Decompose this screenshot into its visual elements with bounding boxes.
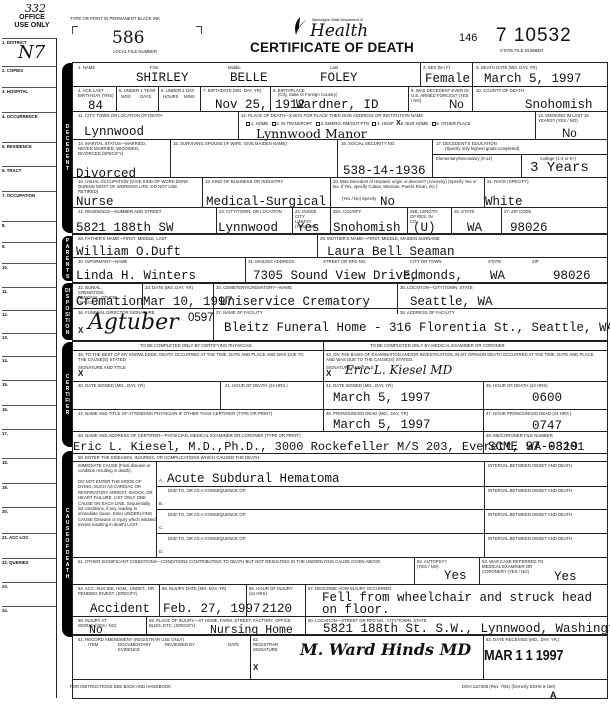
divider (72, 431, 608, 432)
fd-x-mark: X (78, 328, 83, 333)
certificate-title: CERTIFICATE OF DEATH (250, 40, 414, 55)
state-file-prefix: 146 (459, 32, 477, 44)
label-facility: 37. NAME OF FACILITY (216, 310, 263, 315)
referred-to-me: Yes (554, 571, 577, 584)
divider (72, 177, 608, 178)
divider (397, 308, 398, 314)
label-pronounced: 46. PRONOUNCED DEAD (Mo., Day, Yr) (326, 411, 408, 416)
divider (305, 584, 306, 634)
divider (72, 381, 608, 382)
office-row-23: 23. (2, 582, 56, 589)
label-education-hint: (Specify only highest grade completed) (445, 146, 519, 151)
divider (317, 235, 318, 257)
local-file-number: 586 (112, 28, 144, 48)
label-res-county: 25A. COUNTY (333, 209, 361, 214)
divider (156, 486, 608, 487)
office-row-17: 17. (2, 429, 56, 436)
office-row-9: 9. (2, 242, 56, 249)
divider (330, 207, 331, 233)
label-elementary: Elementary/Secondary (0-12) (436, 156, 492, 161)
office-use-label: OFFICE USE ONLY (12, 14, 52, 29)
divider (245, 257, 246, 282)
office-row-acc-loc: 21. ACC LOC (2, 533, 56, 540)
divider (483, 381, 484, 431)
label-me-hour: 45. HOUR OF DEATH (24 Hrs) (486, 383, 548, 388)
divider (72, 584, 608, 585)
label-immediate-cause: IMMEDIATE CAUSE (Final disease or condit… (78, 463, 156, 473)
office-row-19: 19. (2, 483, 56, 490)
label-street: STREET OR RFD NO. (323, 259, 366, 264)
divider (72, 139, 608, 140)
divider (521, 154, 522, 177)
divider (535, 111, 536, 139)
phys-x-mark: X (78, 371, 83, 376)
label-pronounced-hour: 47. HOUR PRONOUNCED DEAD (24 Hrs.) (486, 411, 601, 416)
me-date-signed: March 5, 1997 (333, 392, 431, 405)
health-logo-icon (293, 16, 307, 36)
label-last: Last (330, 65, 338, 70)
label-date-received: 63. DATE RECEIVED (Mo., Day, Yr.) (486, 637, 559, 642)
label-father: 28. FATHER'S NAME—FIRST, MIDDLE, LAST (78, 236, 167, 241)
label-occupation: 18. USUAL OCCUPATION (Give kind of work … (78, 179, 193, 194)
facility-name-address: Bleitz Funeral Home - 316 Florentia St.,… (224, 322, 610, 335)
office-row-tract: 6. TRACT (2, 166, 56, 173)
divider (72, 257, 608, 258)
label-documentary: DOCUMENTARY EVIDENCE (118, 642, 148, 652)
label-interval-a: INTERVAL BETWEEN ONSET AND DEATH (488, 463, 598, 468)
label-under-1-day: 6. UNDER 1 DAY (161, 88, 194, 93)
autopsy: Yes (444, 570, 467, 583)
office-row-occurrence: 4. OCCURRENCE (2, 112, 56, 119)
manner-of-death: Accident (90, 603, 150, 616)
label-county-of-death: 10. COUNTY OF DEATH (476, 88, 524, 93)
divider (323, 409, 324, 431)
label-sig-title-1: SIGNATURE AND TITLE (78, 365, 126, 370)
label-mailing: 31. MAILING ADDRESS (248, 259, 295, 264)
divider (472, 62, 473, 86)
checkbox-home[interactable] (246, 122, 250, 126)
funeral-director-signature: Agtuber (88, 310, 179, 335)
me-hour-of-death: 0600 (532, 392, 562, 405)
label-due-to-c: DUE TO, OR AS A CONSEQUENCE OF: (168, 512, 246, 517)
label-facility-address: 38. ADDRESS OF FACILITY (400, 310, 455, 315)
divider (159, 584, 160, 616)
divider (202, 177, 203, 207)
label-interval-d: INTERVAL BETWEEN ONSET AND DEATH (488, 536, 598, 541)
label-days: DAYS (140, 94, 151, 99)
divider (116, 86, 117, 111)
label-marital: 14. MARITAL STATUS—Married, Never Marrie… (78, 141, 158, 156)
divider (72, 453, 608, 454)
divider (292, 207, 293, 233)
option-hosp[interactable]: 4. HOSP (371, 121, 394, 126)
dept-health: Health (310, 21, 368, 41)
local-file-bracket (72, 26, 78, 34)
label-res-city: 23. CITY/TOWN, OR LOCATION (219, 209, 282, 214)
date-received-stamp: MAR 1 1 1997 (484, 647, 563, 664)
divider (397, 283, 398, 308)
label-inf-zip: ZIP (532, 259, 539, 264)
footer-mark: A (550, 690, 557, 700)
label-city-of-death: 11. CITY, TOWN OR LOCATION OF DEATH (78, 113, 163, 118)
divider (501, 207, 502, 233)
office-row-queries: 22. QUERIES (2, 558, 56, 565)
state-file-number-label: STATE FILE NUMBER (500, 48, 543, 53)
divider (200, 86, 201, 111)
divider (156, 509, 608, 510)
office-row-hospital: 3. HOSPITAL (2, 87, 56, 94)
divider (72, 634, 608, 636)
divider (451, 207, 452, 233)
divider (250, 635, 251, 679)
label-disp-date: 33. DATE (Mo. Day, Yr) (145, 285, 193, 290)
office-row-16: 16. (2, 405, 56, 412)
divider (170, 139, 171, 177)
office-row-14: 14. (2, 356, 56, 363)
divider (72, 111, 608, 112)
label-hispanic-specify: (Yes / No) Specify (342, 196, 376, 201)
divider (420, 62, 421, 86)
line-d-marker: D. (159, 549, 163, 554)
label-residence: 22. RESIDENCE—NUMBER AND STREET (78, 209, 161, 214)
label-middle: Middle (228, 65, 241, 70)
label-manner: 54. ACC. SUICIDE, HOM., UNDET., OR PENDI… (78, 586, 156, 596)
label-age: 4. AGE LAST BIRTH-DAY (Yrs) (78, 88, 114, 98)
office-row-11: 11. (2, 287, 56, 294)
label-due-to-d: DUE TO, OR AS A CONSEQUENCE OF: (168, 536, 246, 541)
office-row-20: 20. (2, 507, 56, 514)
footer-form-number: DOH 110-008 (Rev. 7/91) (formerly DSHS 9… (462, 684, 555, 689)
decedent-middle-name: BELLE (230, 72, 268, 85)
label-item: ITEM (88, 642, 98, 647)
label-city-town: CITY OR TOWN (410, 259, 442, 264)
divider (408, 86, 409, 111)
label-res-state: 26. STATE (454, 209, 474, 214)
footer-instructions: FOR INSTRUCTIONS SEE BACK AND HANDBOOK (70, 684, 171, 689)
office-row-copies: 2. COPIES (2, 66, 56, 73)
label-interval-c: INTERVAL BETWEEN ONSET AND DEATH (488, 512, 598, 517)
divider (158, 86, 159, 111)
label-surviving-spouse: 15. SURVIVING SPOUSE (If wife, give maid… (173, 141, 287, 146)
registrar-x-mark: X (253, 665, 258, 670)
medical-examiner-header: TO BE COMPLETED ONLY BY MEDICAL EXAMINER… (370, 343, 505, 348)
label-death-date: 3. DEATH DATE (Mo. Day, Yr) (476, 65, 537, 70)
label-do-not-enter: DO NOT ENTER THE MODE OF DYING, SUCH AS … (78, 479, 156, 528)
label-race: 21. RACE (Specify) (487, 179, 529, 184)
college-years: 3 Years (530, 162, 589, 175)
checkbox-other[interactable] (432, 122, 436, 126)
label-attending: 42. NAME AND TITLE OF ATTENDING PHYSICIA… (78, 411, 272, 416)
cause-a: Acute Subdural Hematoma (167, 473, 340, 486)
office-row-18: 18. (2, 458, 56, 465)
divider (483, 431, 484, 453)
label-reviewed-by: REVIEWED BY (165, 642, 195, 647)
fd-license: 0597 (188, 312, 214, 325)
certifying-physician-header: TO BE COMPLETED ONLY BY CERTIFYING PHYSI… (140, 343, 252, 348)
label-autopsy: 52. AUTOPSY? (Yes / No) (417, 559, 447, 569)
label-injury-date: 55. INJURY DATE (Mo. Day, Yr) (162, 586, 226, 591)
line-c-marker: C. (159, 525, 163, 530)
divider (246, 584, 247, 616)
label-certifier: 48. NAME AND ADDRESS OF CERTIFIER—PHYSIC… (78, 433, 301, 438)
divider (72, 557, 608, 558)
city-of-death: Lynnwood (84, 126, 144, 139)
label-examination: 43. ON THE BASIS OF EXAMINATION AND/OR I… (326, 352, 596, 362)
office-row-15: 15. (2, 380, 56, 387)
decedent-first-name: SHIRLEY (136, 72, 189, 85)
line-b-marker: B. (159, 501, 163, 506)
registrar-signature: M. Ward Hinds MD (300, 640, 471, 659)
divider (216, 207, 217, 233)
label-res-zip: 27. ZIP CODE (504, 209, 531, 214)
divider (72, 282, 608, 284)
label-inf-state: STATE (488, 259, 501, 264)
district-mark: N7 (18, 42, 45, 63)
label-phys-date: 40. DATE SIGNED (Mo., Day, Yr) (78, 383, 145, 388)
option-other[interactable]: 6. OTHER PLACE (431, 121, 471, 126)
label-birthdate: 7. BIRTHDATE (Mo. Day, Yr) (203, 88, 261, 93)
label-phys-hour: 41. HOUR OF DEATH (24 Hrs.) (225, 383, 288, 388)
office-row-8: 8. (2, 221, 56, 228)
label-diseases: 50. ENTER THE DISEASES, INJURIES, OR COM… (78, 455, 261, 460)
divider (414, 557, 415, 584)
me-x-mark: X (326, 371, 331, 376)
label-registrar-signature: 62. REGISTRAR SIGNATURE (253, 637, 283, 652)
injury-hour: 2120 (262, 603, 292, 616)
option-nur-home[interactable]: X5. NUR HOME (396, 121, 428, 126)
death-date: March 5, 1997 (484, 73, 582, 86)
office-row-24: 24. (2, 606, 56, 613)
office-sidebar-border (56, 38, 57, 698)
checkbox-hosp[interactable] (372, 122, 376, 126)
divider (407, 207, 408, 233)
label-smoking: 13. SMOKING IN LAST 15 YEARS? (Yes / No) (538, 113, 606, 123)
divider (72, 233, 608, 235)
label-sex: 2. SEX (M / F) (423, 65, 450, 70)
office-row-13: 13. (2, 333, 56, 340)
divider (323, 341, 324, 409)
label-under-1-year: 5. UNDER 1 YEAR (119, 88, 155, 93)
label-business: 19. KIND OF BUSINESS OR INDUSTRY (205, 179, 283, 184)
label-mins: MINS (184, 94, 195, 99)
divider (146, 616, 147, 634)
divider (156, 533, 608, 534)
label-mother: 29. MOTHER'S NAME—FIRST, MIDDLE, MAIDEN … (320, 236, 440, 241)
label-other-conditions: 51. OTHER SIGNIFICANT CONDITIONS—CONDITI… (78, 559, 380, 564)
divider (72, 679, 608, 680)
label-due-to-b: DUE TO, OR AS A CONSEQUENCE OF: (168, 488, 246, 493)
label-me-date: 44. DATE SIGNED (Mo., Day, Yr) (326, 383, 393, 388)
label-mos: MOS (121, 94, 131, 99)
office-row-10: 10. (2, 263, 56, 270)
label-me-file: 49. ME/CORONER FILE NUMBER (486, 433, 553, 438)
divider (72, 409, 608, 410)
local-file-bracket-right (196, 26, 202, 34)
divider (479, 557, 480, 584)
divider (72, 350, 608, 351)
label-place-of-death: 12. PLACE OF DEATH—X BOX FOR PLACE THEN … (241, 113, 423, 118)
label-interval-b: INTERVAL BETWEEN ONSET AND DEATH (488, 488, 598, 493)
divider (238, 111, 239, 139)
office-row-occupation: 7. OCCUPATION (2, 191, 56, 198)
divider (220, 381, 221, 409)
divider (72, 308, 608, 309)
ink-instruction: TYPE OR PRINT IN PERMANENT BLACK INK (70, 16, 160, 21)
label-first: First (150, 65, 158, 70)
divider (270, 86, 271, 111)
office-row-residence: 5. RESIDENCE (2, 142, 56, 149)
divider (330, 177, 331, 207)
label-crem-location: 35. LOCATION—CITY/TOWN, STATE (400, 285, 473, 290)
label-knowledge: 39. TO THE BEST OF MY KNOWLEDGE, DEATH O… (78, 352, 313, 362)
divider (72, 207, 608, 208)
label-crematory: 34. CEMETERY/CREMATORY—NAME (216, 285, 292, 290)
divider (432, 154, 608, 155)
divider (72, 461, 608, 462)
label-informant: 30. INFORMANT—NAME (78, 259, 127, 264)
label-birthplace-hint: (City, State or Foreign Country) (278, 92, 337, 97)
local-file-number-label: LOCAL FILE NUMBER (113, 49, 157, 54)
label-name: 1. NAME (78, 65, 95, 70)
office-row-12: 12. (2, 310, 56, 317)
label-hispanic: 20. Was Decedent of Hispanic origin or d… (333, 179, 483, 189)
divider (432, 139, 433, 177)
divider (72, 86, 608, 87)
label-injury-hour: 56. HOUR OF INJURY (24 Hrs) (249, 586, 299, 596)
decedent-last-name: FOLEY (320, 72, 358, 85)
line-a-marker: A. (159, 478, 163, 483)
state-file-number: 7 10532 (496, 25, 572, 47)
divider (72, 616, 608, 617)
divider (72, 340, 608, 342)
label-hours: HOURS (163, 94, 179, 99)
label-ssn: 16. SOCIAL SECURITY NO. (341, 141, 395, 146)
decedent-sex: Female (425, 73, 470, 86)
me-signature: Eric L. Kiesel MD (345, 363, 452, 377)
divider (472, 86, 473, 111)
divider (337, 139, 338, 177)
label-referred: 53. WAS CASE REFERRED TO MEDICAL EXAMINE… (482, 559, 544, 574)
label-amend-date: DATE (228, 642, 239, 647)
